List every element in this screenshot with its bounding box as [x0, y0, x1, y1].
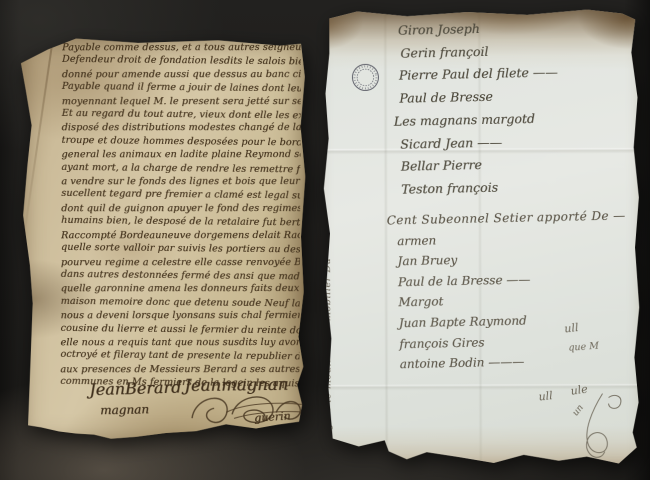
- manuscript-line: octroyé et fileray tant de presente la r…: [60, 348, 299, 364]
- signature-jean-berard: JeanBerard: [89, 378, 182, 400]
- name-entry: Giron Joseph: [398, 16, 557, 42]
- right-manuscript-page: Giron JosephGerin françoilPierre Paul de…: [317, 7, 643, 470]
- fold-crease: [21, 37, 54, 250]
- name-entry: Sicard Jean ——: [400, 130, 559, 156]
- pen-trial-scribble: ull: [538, 389, 553, 403]
- manuscript-line: quelle sorte valloir par suivis les port…: [61, 241, 300, 257]
- signature-flourish-icon: [224, 398, 320, 433]
- right-page-wrapper: Giron JosephGerin françoilPierre Paul de…: [317, 7, 643, 470]
- manuscript-line: pourveu regime a celestre elle casse ren…: [61, 255, 300, 269]
- manuscript-line: nous a deveni lorsque lyonsans suis chal…: [61, 309, 300, 323]
- name-entry: Teston françois: [401, 175, 560, 201]
- manuscript-line: moyennant lequel M. le present sera jett…: [62, 95, 301, 109]
- loop-flourish-icon: [557, 391, 629, 463]
- name-entry: Pierre Paul del filete ——: [399, 62, 558, 88]
- pen-trial-scribble: ull: [564, 321, 579, 335]
- vertical-margin-annotation: Vegete le moulin et le mobilier Du: [322, 229, 334, 443]
- name-list-top: Giron JosephGerin françoilPierre Paul de…: [398, 16, 561, 201]
- name-entry: Les magnans margotd: [394, 107, 559, 133]
- name-entry: Gerin françoil: [400, 39, 557, 65]
- manuscript-scan-scene: Payable comme dessus, et a tous autres s…: [0, 0, 650, 480]
- pen-trial-scribble: que M: [568, 341, 599, 354]
- manuscript-body-text: Payable comme dessus, et a tous autres s…: [60, 40, 301, 390]
- manuscript-line: Payable quand il ferme a jouir de laines…: [62, 80, 301, 96]
- left-page-wrapper: Payable comme dessus, et a tous autres s…: [16, 35, 307, 449]
- manuscript-line: ayant mort, a la charge de rendre les re…: [61, 161, 300, 177]
- name-entry: Paul de Bresse: [399, 84, 558, 110]
- name-entry: antoine Bodin ———: [399, 350, 628, 375]
- circular-ink-stamp-icon: [347, 59, 383, 95]
- manuscript-line: Defendeur droit de fondation lesdits le …: [62, 53, 301, 69]
- manuscript-line: cousine du lierre et aussi le fermier du…: [60, 321, 299, 337]
- manuscript-line: humains bien, le desposé de la retalaire…: [61, 214, 300, 230]
- manuscript-line: general les animaux en ladite plaine Rey…: [61, 148, 300, 162]
- manuscript-line: sucellent tegard pre fremier a clamé est…: [61, 187, 300, 203]
- signature-magnan: magnan: [100, 402, 149, 417]
- manuscript-line: disposé des distributions modestes chang…: [62, 121, 301, 135]
- left-manuscript-page: Payable comme dessus, et a tous autres s…: [16, 35, 307, 449]
- name-entry: Bellar Pierre: [401, 153, 560, 179]
- manuscript-line: quelle garonnine amena les donneurs fait…: [61, 282, 300, 296]
